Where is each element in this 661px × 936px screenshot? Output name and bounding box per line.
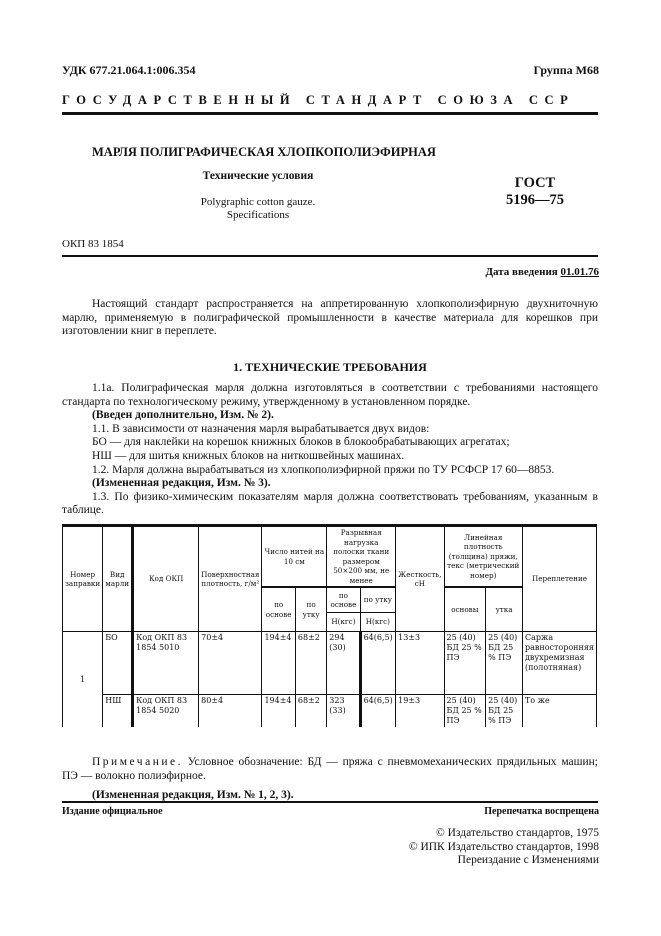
clause-1-2: 1.2. Марля должна вырабатываться из хлоп… — [62, 464, 598, 478]
cell-weave: То же — [522, 695, 596, 728]
cell-ld-weft: 25 (40) БД 25 % ПЭ — [486, 632, 523, 695]
copyright-block: © Издательство стандартов, 1975 © ИПК Из… — [409, 827, 599, 868]
cell-okp-code: Код ОКП 83 1854 5020 — [133, 695, 199, 728]
header-thread-weft: по утку — [295, 587, 326, 632]
cell-ld-warp: 25 (40) БД 25 % ПЭ — [444, 695, 486, 728]
state-standard-banner: ГОСУДАРСТВЕННЫЙ СТАНДАРТ СОЮЗА ССР — [62, 93, 598, 108]
official-edition: Издание официальное — [62, 806, 163, 817]
section-heading: 1. ТЕХНИЧЕСКИЕ ТРЕБОВАНИЯ — [62, 360, 598, 375]
clause-1-1a-note: (Введен дополнительно, Изм. № 2). — [62, 409, 598, 423]
header-density: Поверхностная плотность, г/м² — [199, 526, 262, 632]
copyright-1998: © ИПК Издательство стандартов, 1998 — [409, 841, 599, 855]
cell-ld-weft: 25 (40) БД 25 % ПЭ — [486, 695, 523, 728]
cell-ld-warp: 25 (40) БД 25 % ПЭ — [444, 632, 486, 695]
date-value: 01.01.76 — [561, 266, 600, 278]
header-okp-code: Код ОКП — [133, 526, 199, 632]
header-number: Номер заправки — [63, 526, 103, 632]
header-rule — [62, 112, 598, 115]
cell-weave: Саржа равносторонняя двухремизная (полот… — [522, 632, 596, 695]
clause-1-1a: 1.1а. Полиграфическая марля должна изгот… — [62, 382, 598, 409]
cell-load-weft: 64(6,5) — [360, 632, 396, 695]
okp-code: ОКП 83 1854 — [62, 238, 124, 250]
cell-density: 70±4 — [199, 632, 262, 695]
table-row: 1 БО Код ОКП 83 1854 5010 70±4 194±4 68±… — [63, 632, 597, 695]
header-linear-density: Линейная плотность (толщина) пряжи, текс… — [444, 526, 522, 588]
group-number: 1 — [63, 632, 103, 728]
cell-type: БО — [103, 632, 133, 695]
date-label: Дата введения — [485, 266, 557, 278]
cell-type: НШ — [103, 695, 133, 728]
cell-thread-weft: 68±2 — [295, 695, 326, 728]
header-ld-weft: утка — [486, 587, 523, 632]
english-title-line1: Polygraphic cotton gauze. — [178, 196, 338, 209]
table-note: Примечание. Условное обозначение: БД — п… — [62, 756, 598, 803]
note-label: Примечание. — [92, 756, 183, 768]
header-load-unit-warp: Н(кгс) — [327, 613, 360, 632]
clause-1-1: 1.1. В зависимости от назначения марля в… — [62, 423, 598, 437]
document-subtitle: Технические условия — [188, 170, 328, 182]
intro-paragraph: Настоящий стандарт распространяется на а… — [62, 298, 598, 339]
header-load-weft: по утку — [360, 587, 396, 613]
header-thread-warp: по основе — [262, 587, 295, 632]
cell-stiffness: 13±3 — [396, 632, 444, 695]
section-body: 1.1а. Полиграфическая марля должна изгот… — [62, 382, 598, 518]
cell-stiffness: 19±3 — [396, 695, 444, 728]
group-code: Группа М68 — [533, 63, 599, 78]
udk-code: УДК 677.21.064.1:006.354 — [62, 63, 196, 78]
header-type: Вид марли — [103, 526, 133, 632]
document-title: МАРЛЯ ПОЛИГРАФИЧЕСКАЯ ХЛОПКОПОЛИЭФИРНАЯ — [92, 145, 436, 160]
cell-thread-warp: 194±4 — [262, 632, 295, 695]
clause-1-1-nsh: НШ — для шитья книжных блоков на ниткошв… — [62, 450, 598, 464]
header-breaking-load: Разрывная нагрузка полоски ткани размеро… — [327, 526, 396, 588]
header-load-unit-weft: Н(кгс) — [360, 613, 396, 632]
gost-label: ГОСТ — [498, 175, 572, 192]
english-title-line2: Specifications — [178, 209, 338, 222]
gost-number: 5196—75 — [498, 192, 572, 209]
cell-load-warp: 294 (30) — [327, 632, 360, 695]
title-rule — [62, 255, 598, 257]
header-thread-count: Число нитей на 10 см — [262, 526, 327, 588]
table-row: НШ Код ОКП 83 1854 5020 80±4 194±4 68±2 … — [63, 695, 597, 728]
cell-thread-weft: 68±2 — [295, 632, 326, 695]
reprint-prohibited: Перепечатка воспрещена — [484, 806, 599, 817]
reissue-note: Переиздание с Изменениями — [409, 854, 599, 868]
header-stiffness: Жесткость, сН — [396, 526, 444, 632]
gost-designation: ГОСТ 5196—75 — [498, 175, 572, 209]
clause-1-2-note: (Измененная редакция, Изм. № 3). — [62, 477, 598, 491]
cell-okp-code: Код ОКП 83 1854 5010 — [133, 632, 199, 695]
clause-1-3: 1.3. По физико-химическим показателям ма… — [62, 491, 598, 518]
specification-table: Номер заправки Вид марли Код ОКП Поверхн… — [62, 524, 597, 727]
header-load-warp: по основе — [327, 587, 360, 613]
copyright-1975: © Издательство стандартов, 1975 — [409, 827, 599, 841]
effective-date: Дата введения 01.01.76 — [485, 266, 599, 278]
header-ld-warp: основы — [444, 587, 486, 632]
clause-1-1-bo: БО — для наклейки на корешок книжных бло… — [62, 436, 598, 450]
cell-thread-warp: 194±4 — [262, 695, 295, 728]
cell-density: 80±4 — [199, 695, 262, 728]
english-title: Polygraphic cotton gauze. Specifications — [178, 196, 338, 222]
cell-load-weft: 64(6,5) — [360, 695, 396, 728]
cell-load-warp: 323 (33) — [327, 695, 360, 728]
header-weave: Переплетение — [522, 526, 596, 632]
footer-rule — [62, 801, 598, 803]
